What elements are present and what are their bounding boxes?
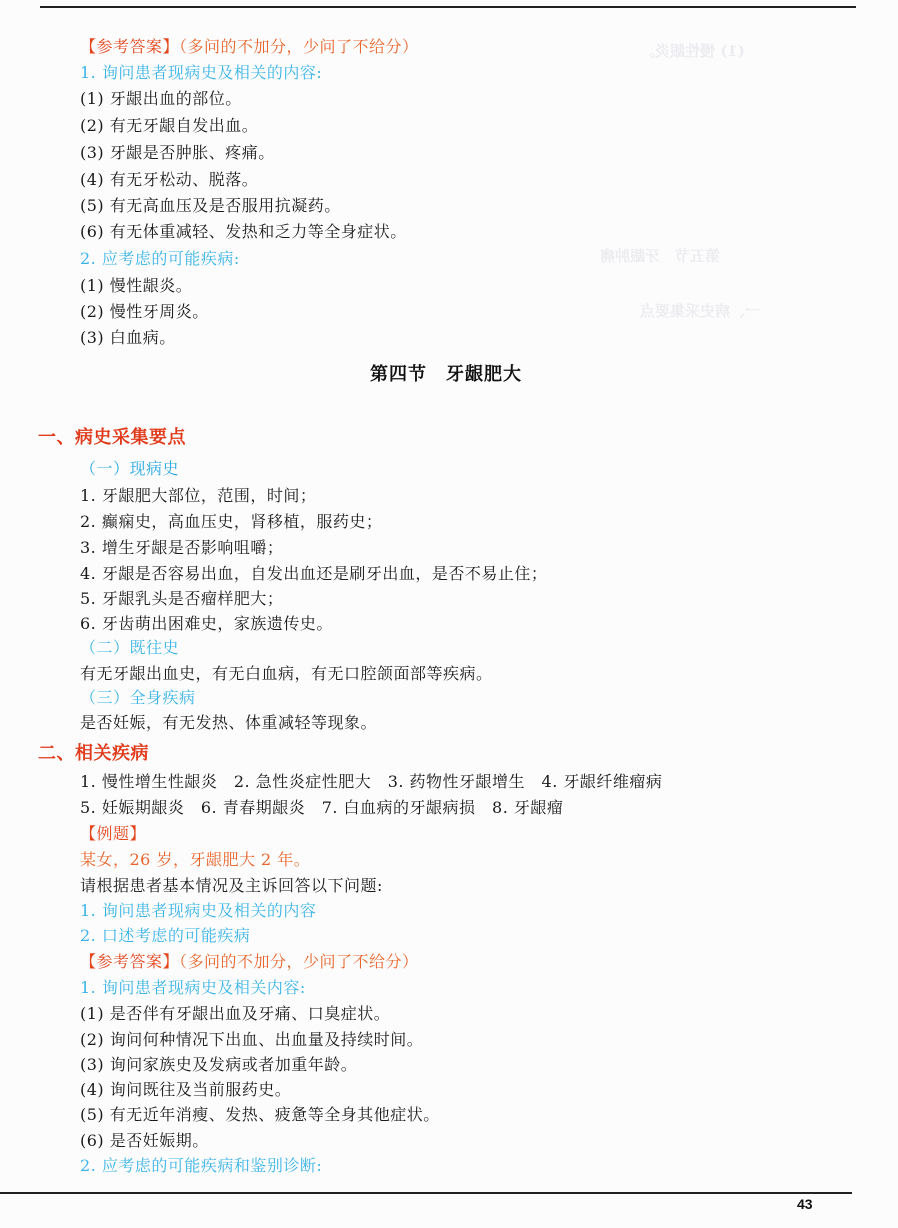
list-item: (1) 牙龈出血的部位。 bbox=[80, 89, 242, 109]
systemic-text: 是否妊娠，有无发热、体重减轻等现象。 bbox=[80, 713, 377, 733]
question-item: 1. 询问患者现病史及相关的内容 bbox=[80, 901, 316, 921]
list-item: 5. 牙龈乳头是否瘤样肥大； bbox=[80, 589, 283, 609]
list-item: (1) 慢性龈炎。 bbox=[80, 276, 192, 296]
show-through-text: 一、病史采集要点 bbox=[640, 300, 760, 321]
header-rule bbox=[40, 6, 856, 8]
part-1-heading: 一、病史采集要点 bbox=[38, 428, 186, 448]
list-item: (3) 询问家族史及发病或者加重年龄。 bbox=[80, 1055, 357, 1075]
list-item: (2) 慢性牙周炎。 bbox=[80, 302, 209, 322]
subheading-past-history: （二）既往史 bbox=[80, 638, 179, 658]
list-item: (5) 有无近年消瘦、发热、疲惫等全身其他症状。 bbox=[80, 1105, 440, 1125]
page-number: 43 bbox=[797, 1196, 813, 1212]
subheading-present-history: （一）现病史 bbox=[80, 459, 179, 479]
list-item: (4) 询问既往及当前服药史。 bbox=[80, 1080, 291, 1100]
list-item: (4) 有无牙松动、脱落。 bbox=[80, 170, 258, 190]
answer-label: 【参考答案】（多问的不加分，少问了不给分） bbox=[80, 37, 419, 57]
disease-list-line: 5. 妊娠期龈炎 6. 青春期龈炎 7. 白血病的牙龈病损 8. 牙龈瘤 bbox=[80, 798, 563, 818]
list-item: (6) 有无体重减轻、发热和乏力等全身症状。 bbox=[80, 222, 407, 242]
list-item: (1) 是否伴有牙龈出血及牙痛、口臭症状。 bbox=[80, 1004, 390, 1024]
past-history-text: 有无牙龈出血史，有无白血病，有无口腔颌面部等疾病。 bbox=[80, 664, 493, 684]
list-item: 2. 癫痫史，高血压史，肾移植，服药史； bbox=[80, 512, 382, 532]
subheading-systemic: （三）全身疾病 bbox=[80, 688, 196, 708]
answer-2-title: 2. 应考虑的可能疾病和鉴别诊断: bbox=[80, 1156, 322, 1176]
list-item: (2) 有无牙龈自发出血。 bbox=[80, 116, 258, 136]
case-text: 某女，26 岁，牙龈肥大 2 年。 bbox=[80, 850, 310, 870]
list-item: 4. 牙龈是否容易出血，自发出血还是刷牙出血，是否不易止住； bbox=[80, 564, 547, 584]
question-2-title: 2. 应考虑的可能疾病: bbox=[80, 249, 240, 269]
footer-rule bbox=[0, 1192, 852, 1194]
show-through-text: 第五节 牙龈肿痛 bbox=[600, 245, 720, 266]
disease-list-line: 1. 慢性增生性龈炎 2. 急性炎症性肥大 3. 药物性牙龈增生 4. 牙龈纤维… bbox=[80, 772, 662, 792]
show-through-text: (1) 慢性龈炎。 bbox=[640, 40, 745, 61]
list-item: (5) 有无高血压及是否服用抗凝药。 bbox=[80, 196, 341, 216]
list-item: 3. 增生牙龈是否影响咀嚼； bbox=[80, 538, 283, 558]
list-item: (2) 询问何种情况下出血、出血量及持续时间。 bbox=[80, 1030, 423, 1050]
list-item: 6. 牙齿萌出困难史，家族遗传史。 bbox=[80, 614, 333, 634]
list-item: (3) 牙龈是否肿胀、疼痛。 bbox=[80, 143, 275, 163]
answer-label: 【参考答案】（多问的不加分，少问了不给分） bbox=[80, 952, 419, 972]
answer-1-title: 1. 询问患者现病史及相关内容: bbox=[80, 978, 306, 998]
prompt-text: 请根据患者基本情况及主诉回答以下问题: bbox=[80, 876, 383, 896]
section-title: 第四节 牙龈肥大 bbox=[370, 365, 522, 385]
list-item: (6) 是否妊娠期。 bbox=[80, 1131, 209, 1151]
question-1-title: 1. 询问患者现病史及相关的内容: bbox=[80, 63, 322, 83]
example-label: 【例题】 bbox=[80, 824, 146, 844]
question-item: 2. 口述考虑的可能疾病 bbox=[80, 926, 250, 946]
list-item: (3) 白血病。 bbox=[80, 328, 176, 348]
list-item: 1. 牙龈肥大部位，范围，时间； bbox=[80, 486, 316, 506]
part-2-heading: 二、相关疾病 bbox=[38, 744, 149, 764]
